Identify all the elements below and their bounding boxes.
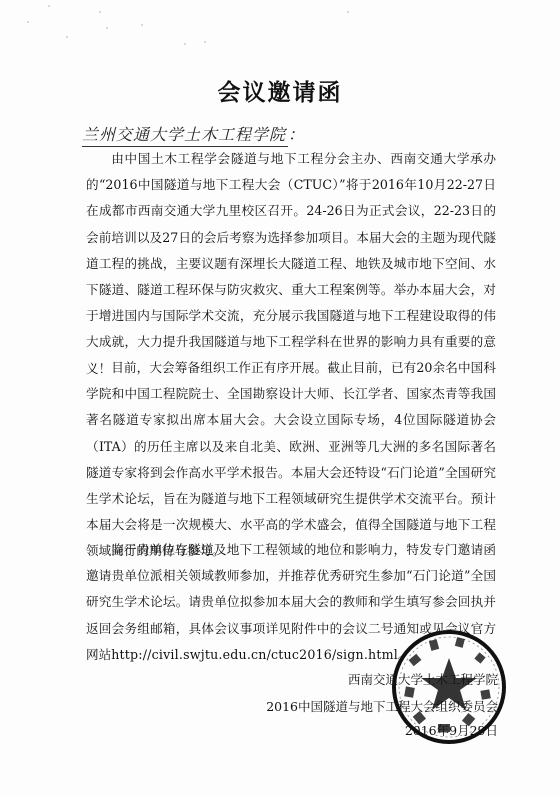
scan-speck [66,36,68,38]
paragraph-2-text: 目前，大会筹备组织工作正有序开展。截止目前，已有20余名中国科学院和中国工程院院… [86,355,496,565]
paragraph-1: 由中国土木工程学会隧道与地下工程分会主办、西南交通大学承办的“2016中国隧道与… [86,146,496,382]
salutation: 兰州交通大学土木工程学院： [82,122,304,147]
paragraph-1-text: 由中国土木工程学会隧道与地下工程分会主办、西南交通大学承办的“2016中国隧道与… [86,146,496,382]
scan-speck [204,41,206,43]
handwritten-recipient: 兰州交通大学土木工程学院 [82,122,288,147]
salutation-colon: ： [288,125,304,144]
scan-speck [99,11,101,13]
scan-speck [141,24,143,26]
scan-speck [347,11,349,13]
conference-url[interactable]: http://civil.swjtu.edu.cn/ctuc2016/sign.… [111,647,398,662]
official-seal-stamp-icon [390,628,508,746]
letter-title: 会议邀请函 [0,74,560,107]
scan-speck [48,5,50,7]
invitation-letter-page: 会议邀请函 兰州交通大学土木工程学院： 由中国土木工程学会隧道与地下工程分会主办… [0,0,560,797]
paragraph-2: 目前，大会筹备组织工作正有序开展。截止目前，已有20余名中国科学院和中国工程院院… [86,355,496,565]
scan-speck [27,21,29,23]
scan-speck [106,27,108,29]
scan-speck [184,43,186,45]
